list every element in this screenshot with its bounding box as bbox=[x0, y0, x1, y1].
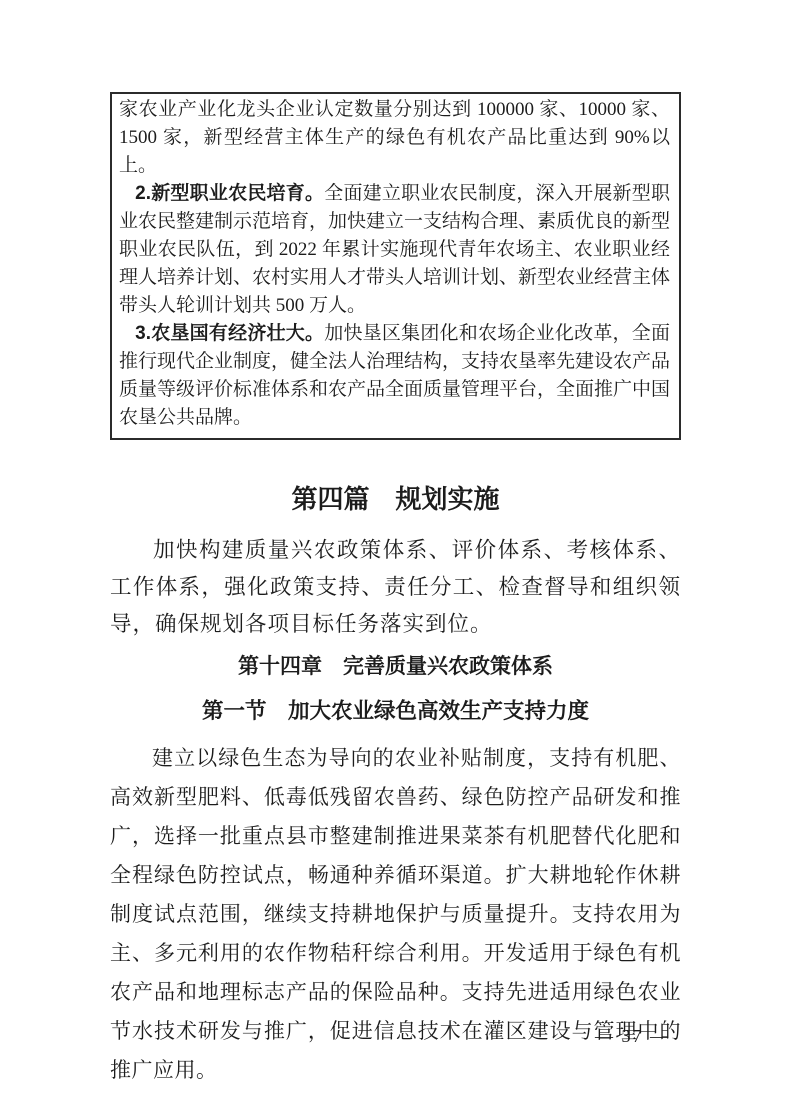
box-paragraph-text: 家农业产业化龙头企业认定数量分别达到 100000 家、10000 家、1500… bbox=[119, 99, 670, 176]
section-title: 第一节 加大农业绿色高效生产支持力度 bbox=[110, 695, 681, 727]
excerpt-box: 家农业产业化龙头企业认定数量分别达到 100000 家、10000 家、1500… bbox=[110, 92, 681, 440]
chapter-title: 第十四章 完善质量兴农政策体系 bbox=[110, 651, 681, 683]
document-content-column: 家农业产业化龙头企业认定数量分别达到 100000 家、10000 家、1500… bbox=[110, 92, 681, 1090]
part-intro-paragraph: 加快构建质量兴农政策体系、评价体系、考核体系、工作体系，强化政策支持、责任分工、… bbox=[110, 532, 681, 643]
page-number: — 37 — bbox=[595, 1026, 670, 1047]
box-paragraph-2: 2.新型职业农民培育。全面建立职业农民制度，深入开展新型职业农民整建制示范培育，… bbox=[119, 180, 670, 320]
box-paragraph-continuation: 家农业产业化龙头企业认定数量分别达到 100000 家、10000 家、1500… bbox=[119, 96, 670, 180]
part-title: 第四篇 规划实施 bbox=[110, 480, 681, 518]
box-paragraph-3-lead: 3.农垦国有经济壮大。 bbox=[135, 323, 324, 344]
document-page: 家农业产业化龙头企业认定数量分别达到 100000 家、10000 家、1500… bbox=[0, 0, 787, 1114]
box-paragraph-3: 3.农垦国有经济壮大。加快垦区集团化和农场企业化改革，全面推行现代企业制度，健全… bbox=[119, 320, 670, 432]
box-paragraph-2-lead: 2.新型职业农民培育。 bbox=[135, 183, 324, 204]
